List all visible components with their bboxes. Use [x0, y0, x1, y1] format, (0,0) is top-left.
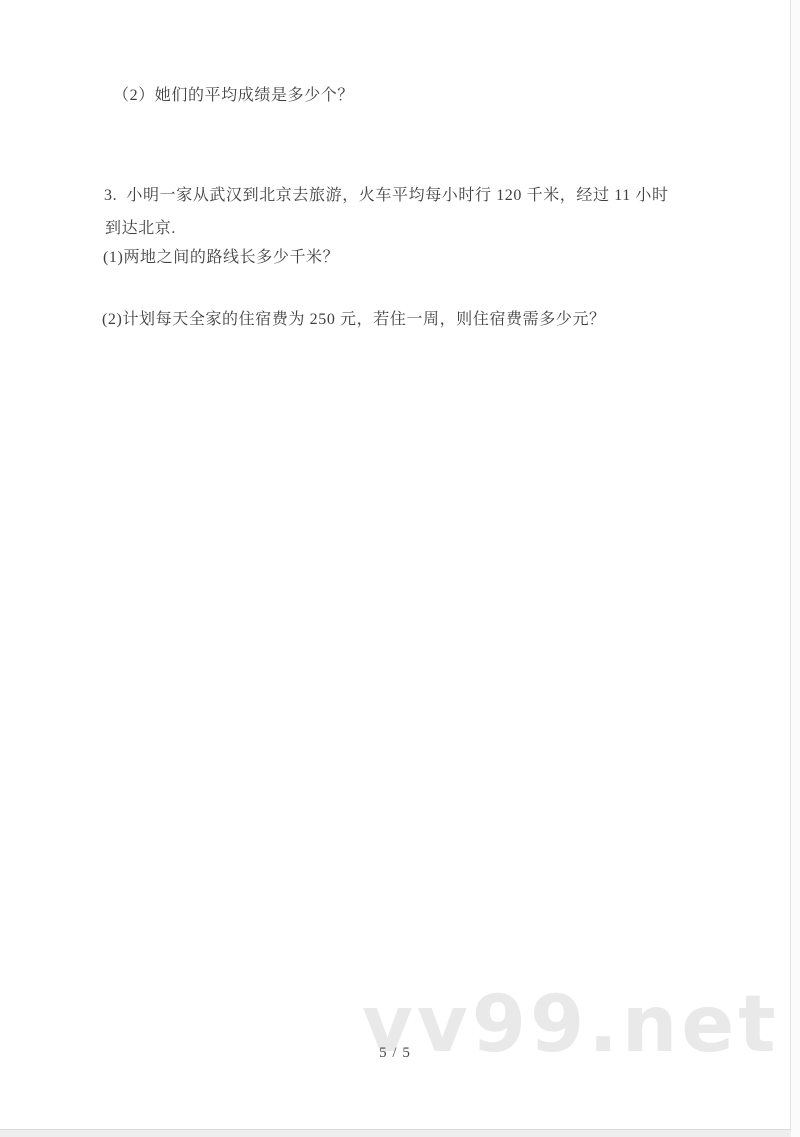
- page-right-edge: [790, 0, 800, 1137]
- worksheet-page: （2）她们的平均成绩是多少个？ 3. 小明一家从武汉到北京去旅游，火车平均每小时…: [0, 0, 790, 1130]
- question-3-stem-line-1: 3. 小明一家从武汉到北京去旅游，火车平均每小时行 120 千米，经过 11 小…: [104, 187, 669, 204]
- question-3-part-1-text: (1)两地之间的路线长多少千米？: [103, 249, 339, 266]
- question-3-stem-line-2: 到达北京.: [105, 220, 176, 237]
- question-2-part-2-text: （2）她们的平均成绩是多少个？: [113, 87, 354, 104]
- question-3-part-2-text: (2)计划每天全家的住宿费为 250 元，若住一周，则住宿费需多少元？: [102, 311, 606, 328]
- page-bottom-edge: [0, 1129, 791, 1137]
- page-number: 5 / 5: [0, 1045, 790, 1062]
